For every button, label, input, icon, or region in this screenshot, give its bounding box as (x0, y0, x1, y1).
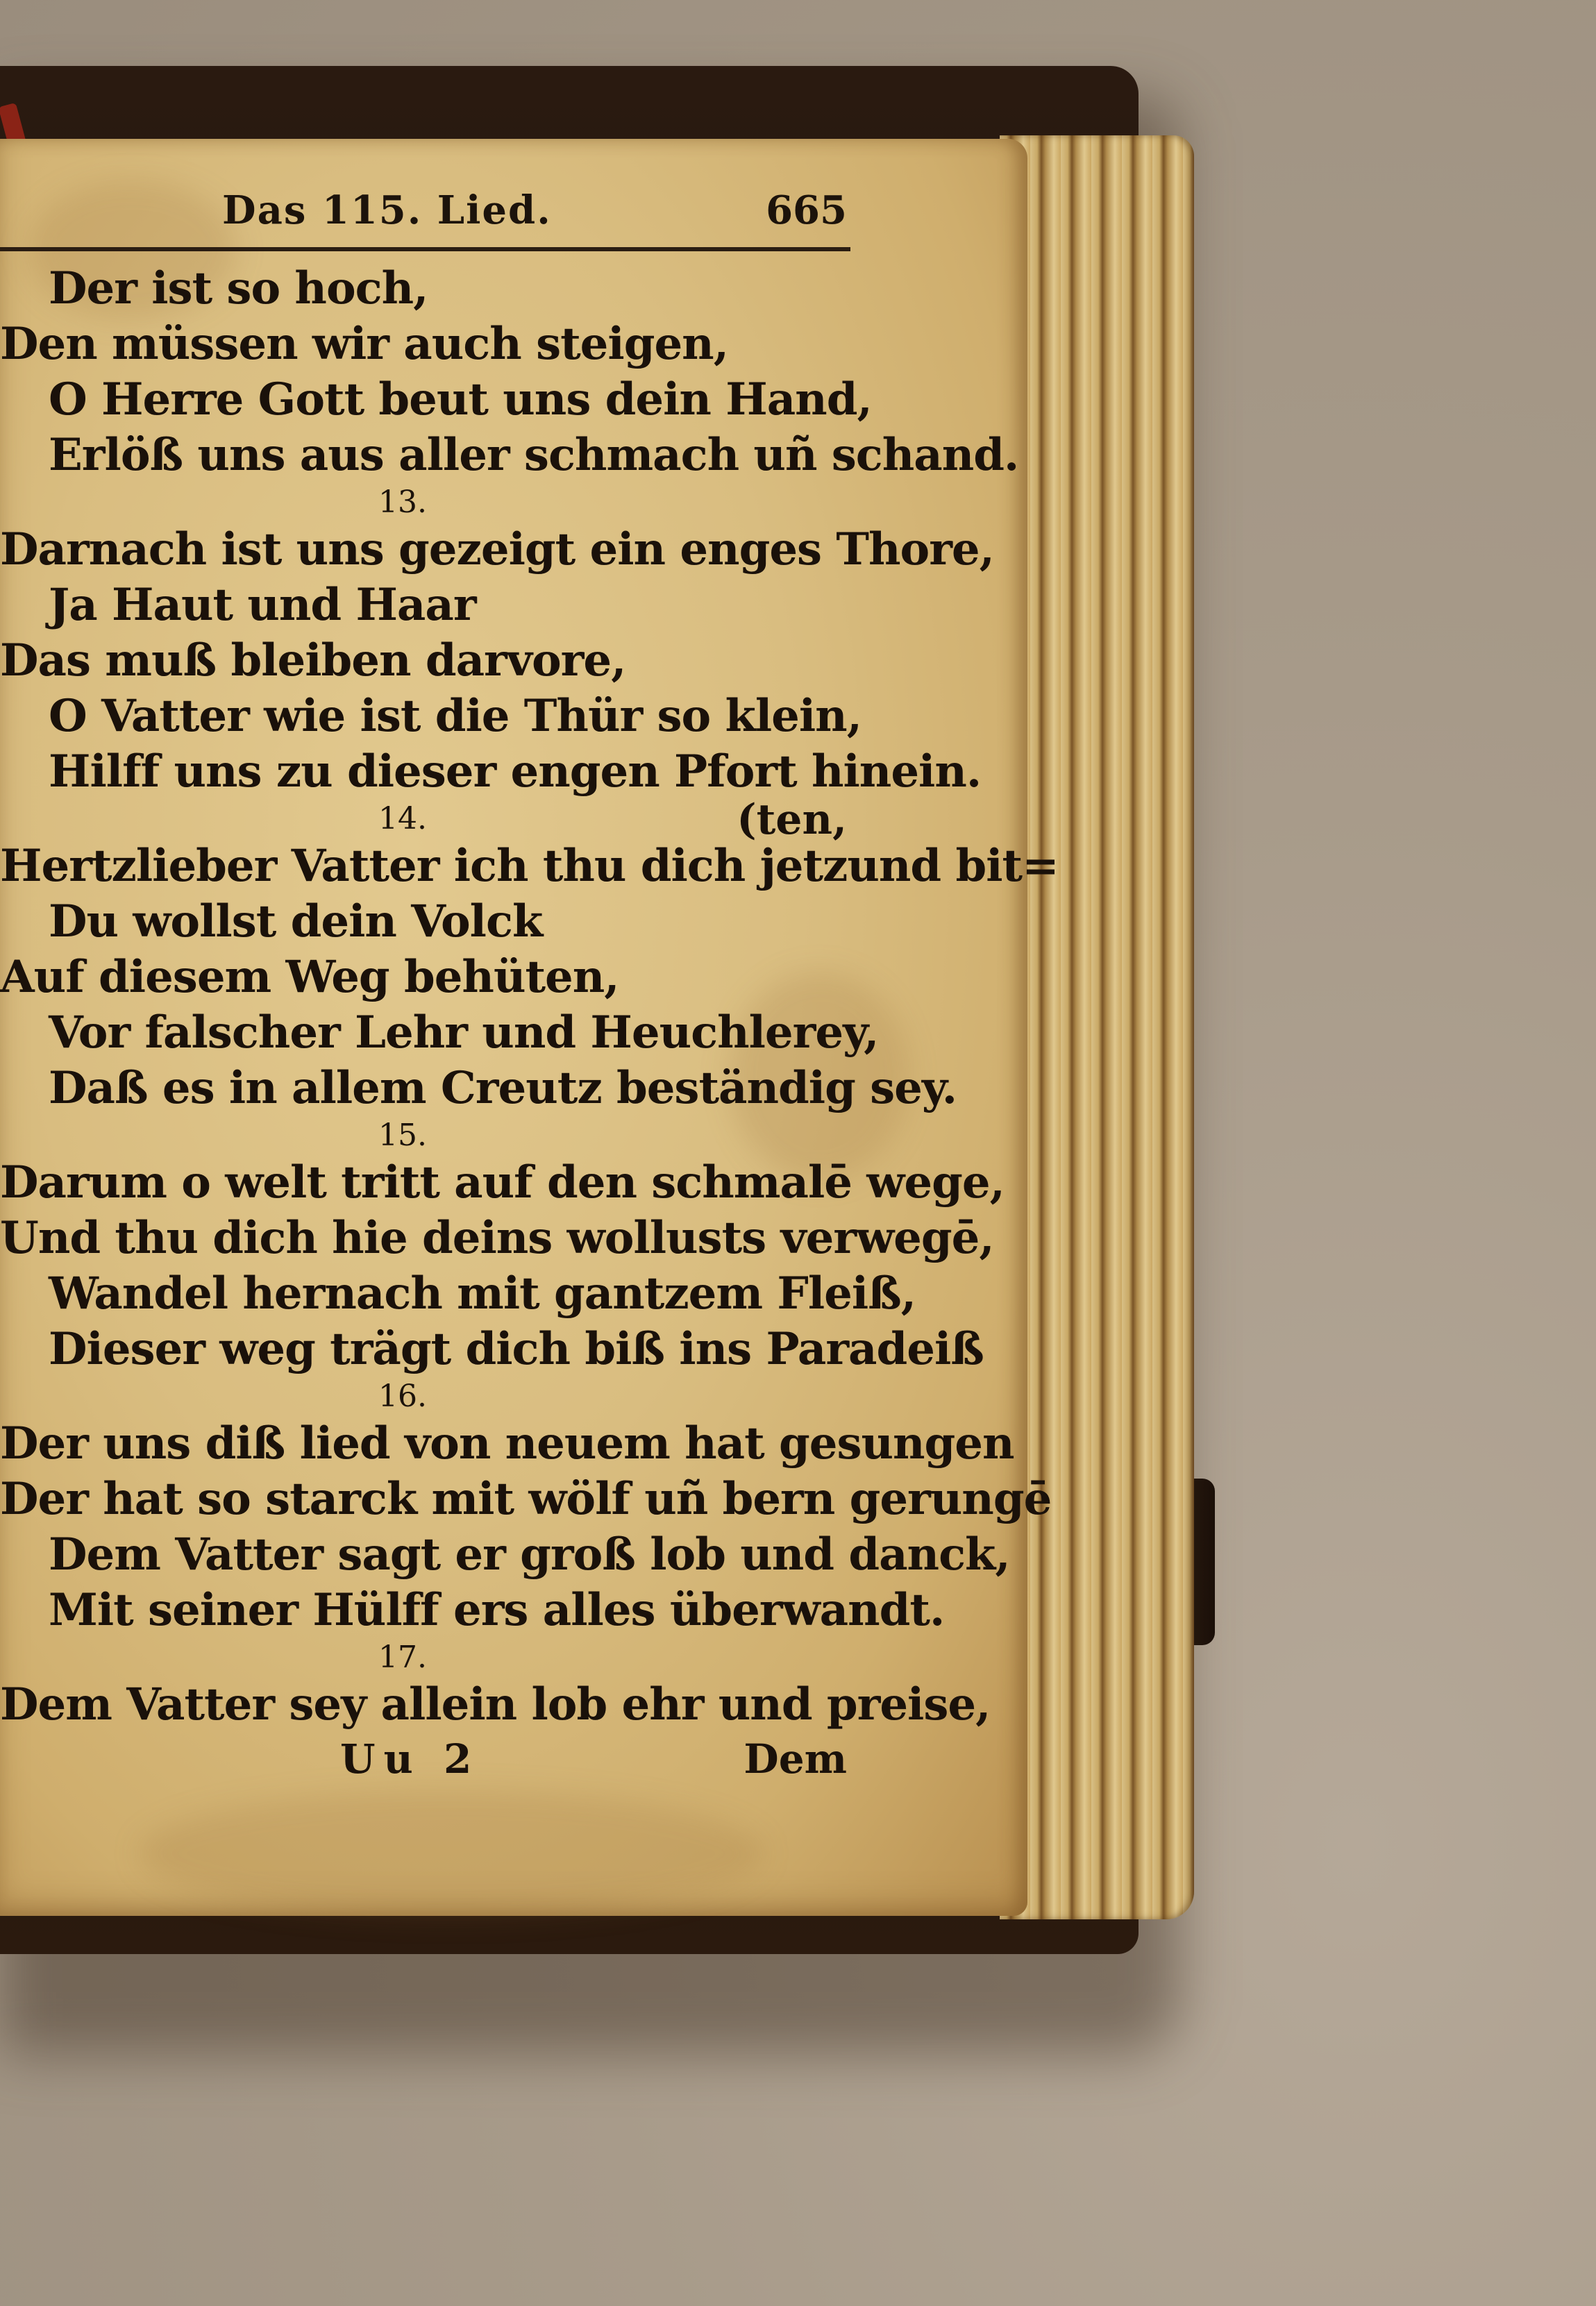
verse-line: Der uns diß lied von neuem hat gesungen (0, 1416, 861, 1472)
page-footer: Uu 2 Dem (0, 1735, 861, 1798)
verse-line: Dieser weg trägt dich biß ins Paradeiß (0, 1322, 861, 1377)
book-page: Das 115. Lied. 665 Der ist so hoch, Den … (0, 139, 1027, 1916)
page-number: 665 (766, 187, 847, 233)
stanza: 13. Darnach ist uns gezeigt ein enges Th… (0, 483, 861, 800)
verse-line: Vor falscher Lehr und Heuchlerey, (0, 1005, 861, 1061)
page-text-block: Das 115. Lied. 665 Der ist so hoch, Den … (0, 139, 861, 1798)
verse-line: Darum o welt tritt auf den schmalē wege, (0, 1155, 861, 1211)
line-carryover: (ten, (737, 796, 847, 844)
verse-line: Und thu dich hie deins wollusts verwegē, (0, 1211, 861, 1266)
verse-line: Hertzlieber Vatter ich thu dich jetzund … (0, 839, 861, 894)
verse-line: Ja Haut und Haar (0, 578, 861, 633)
verse-line: Dem Vatter sey allein lob ehr und preise… (0, 1677, 861, 1733)
running-head: Das 115. Lied. 665 (0, 187, 861, 243)
verse-line: Mit seiner Hülff ers alles überwandt. (0, 1583, 861, 1638)
page-edges (1000, 135, 1194, 1919)
verse-line: Erlöß uns aus aller schmach uñ schand. (0, 428, 861, 483)
stanza: Der ist so hoch, Den müssen wir auch ste… (0, 261, 861, 483)
stanza-number: 16. (0, 1377, 861, 1416)
stanza: 15. Darum o welt tritt auf den schmalē w… (0, 1116, 861, 1377)
stanza-number: 13. (0, 483, 861, 522)
stanza: 17. Dem Vatter sey allein lob ehr und pr… (0, 1638, 861, 1733)
verse-line: Der hat so starck mit wölf uñ bern gerun… (0, 1472, 861, 1527)
verse-line: Darnach ist uns gezeigt ein enges Thore, (0, 522, 861, 578)
verse-line: Daß es in allem Creutz beständig sey. (0, 1061, 861, 1116)
verse-line: Der ist so hoch, (0, 261, 861, 317)
signature-mark: Uu 2 (340, 1735, 480, 1783)
verse-line: Wandel hernach mit gantzem Fleiß, (0, 1266, 861, 1322)
running-title: Das 115. Lied. (222, 187, 552, 233)
stanza-number: 14. (0, 800, 861, 839)
catchword: Dem (744, 1735, 847, 1783)
verse-line: Hilff uns zu dieser engen Pfort hinein. (0, 744, 861, 800)
stanza: 14. (ten, Hertzlieber Vatter ich thu dic… (0, 800, 861, 1116)
verse-line: O Herre Gott beut uns dein Hand, (0, 372, 861, 428)
header-rule (0, 247, 850, 251)
verse-line: Auf diesem Weg behüten, (0, 950, 861, 1005)
verse-line: Dem Vatter sagt er groß lob und danck, (0, 1527, 861, 1583)
paper-stain (139, 1791, 764, 1916)
stanza-number: 15. (0, 1116, 861, 1155)
stanza-number: 17. (0, 1638, 861, 1677)
verse-line: Den müssen wir auch steigen, (0, 317, 861, 372)
verse-line: O Vatter wie ist die Thür so klein, (0, 689, 861, 744)
verse-line: Das muß bleiben darvore, (0, 633, 861, 689)
stanza: 16. Der uns diß lied von neuem hat gesun… (0, 1377, 861, 1638)
verse-line: Du wollst dein Volck (0, 894, 861, 950)
